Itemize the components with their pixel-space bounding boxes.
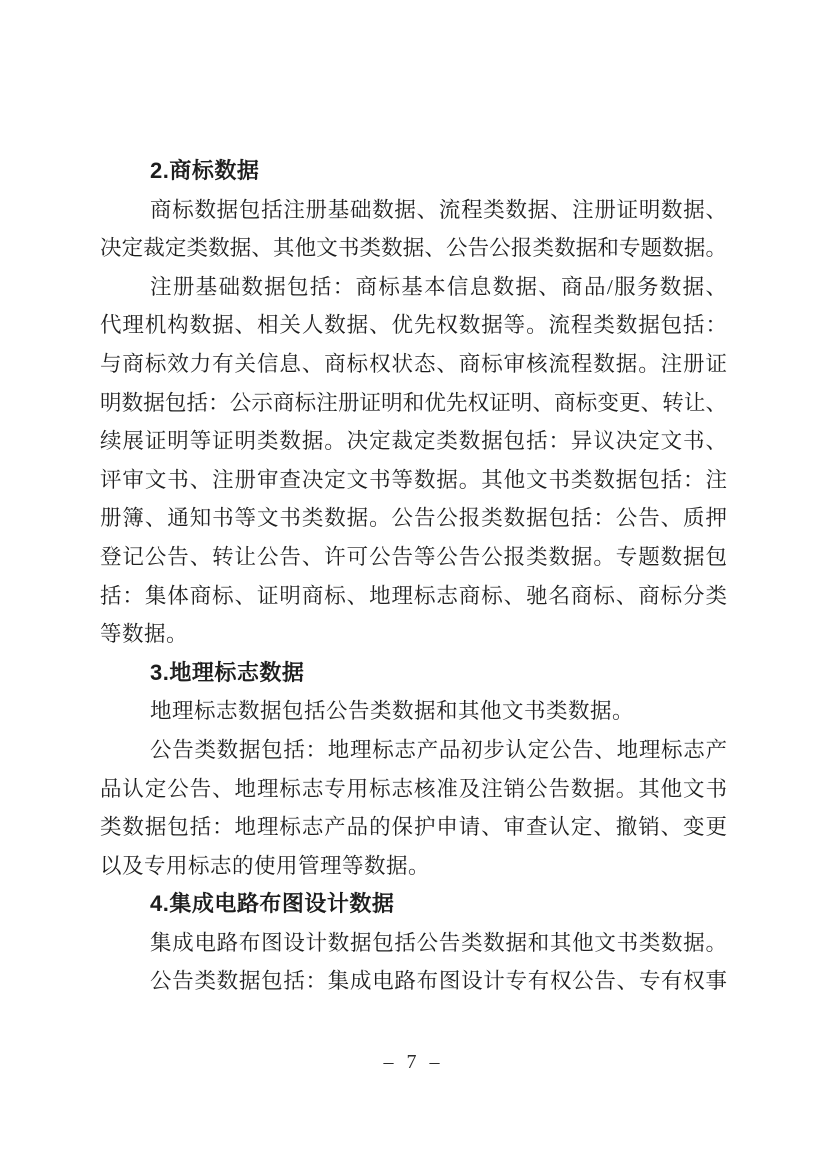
heading-ic-layout-design-data: 4.集成电路布图设计数据 xyxy=(100,885,727,924)
text-line: 续展证明等证明类数据。决定裁定类数据包括：异议决定文书、 xyxy=(100,422,727,461)
text-line: 品认定公告、地理标志专用标志核准及注销公告数据。其他文书 xyxy=(100,770,727,809)
text-line: 明数据包括：公示商标注册证明和优先权证明、商标变更、转让、 xyxy=(100,384,727,423)
text-line: 公告类数据包括：集成电路布图设计专有权公告、专有权事 xyxy=(100,962,727,1001)
text-line: 决定裁定类数据、其他文书类数据、公告公报类数据和专题数据。 xyxy=(100,229,727,268)
page-body: 2.商标数据 商标数据包括注册基础数据、流程类数据、注册证明数据、 决定裁定类数… xyxy=(100,152,727,1001)
text-line: 括：集体商标、证明商标、地理标志商标、驰名商标、商标分类 xyxy=(100,577,727,616)
page-number: – 7 – xyxy=(0,1047,827,1077)
text-line: 地理标志数据包括公告类数据和其他文书类数据。 xyxy=(100,692,727,731)
text-line: 集成电路布图设计数据包括公告类数据和其他文书类数据。 xyxy=(100,924,727,963)
text-line: 以及专用标志的使用管理等数据。 xyxy=(100,847,727,886)
document-page: 2.商标数据 商标数据包括注册基础数据、流程类数据、注册证明数据、 决定裁定类数… xyxy=(0,0,827,1169)
text-line: 公告类数据包括：地理标志产品初步认定公告、地理标志产 xyxy=(100,731,727,770)
heading-trademark-data: 2.商标数据 xyxy=(100,152,727,191)
heading-geographical-indication-data: 3.地理标志数据 xyxy=(100,654,727,693)
text-line: 商标数据包括注册基础数据、流程类数据、注册证明数据、 xyxy=(100,191,727,230)
text-line: 等数据。 xyxy=(100,615,727,654)
text-line: 类数据包括：地理标志产品的保护申请、审查认定、撤销、变更 xyxy=(100,808,727,847)
text-line: 注册基础数据包括：商标基本信息数据、商品/服务数据、 xyxy=(100,268,727,307)
text-line: 与商标效力有关信息、商标权状态、商标审核流程数据。注册证 xyxy=(100,345,727,384)
text-line: 登记公告、转让公告、许可公告等公告公报类数据。专题数据包 xyxy=(100,538,727,577)
text-line: 评审文书、注册审查决定文书等数据。其他文书类数据包括：注 xyxy=(100,461,727,500)
text-line: 代理机构数据、相关人数据、优先权数据等。流程类数据包括： xyxy=(100,306,727,345)
text-line: 册簿、通知书等文书类数据。公告公报类数据包括：公告、质押 xyxy=(100,499,727,538)
